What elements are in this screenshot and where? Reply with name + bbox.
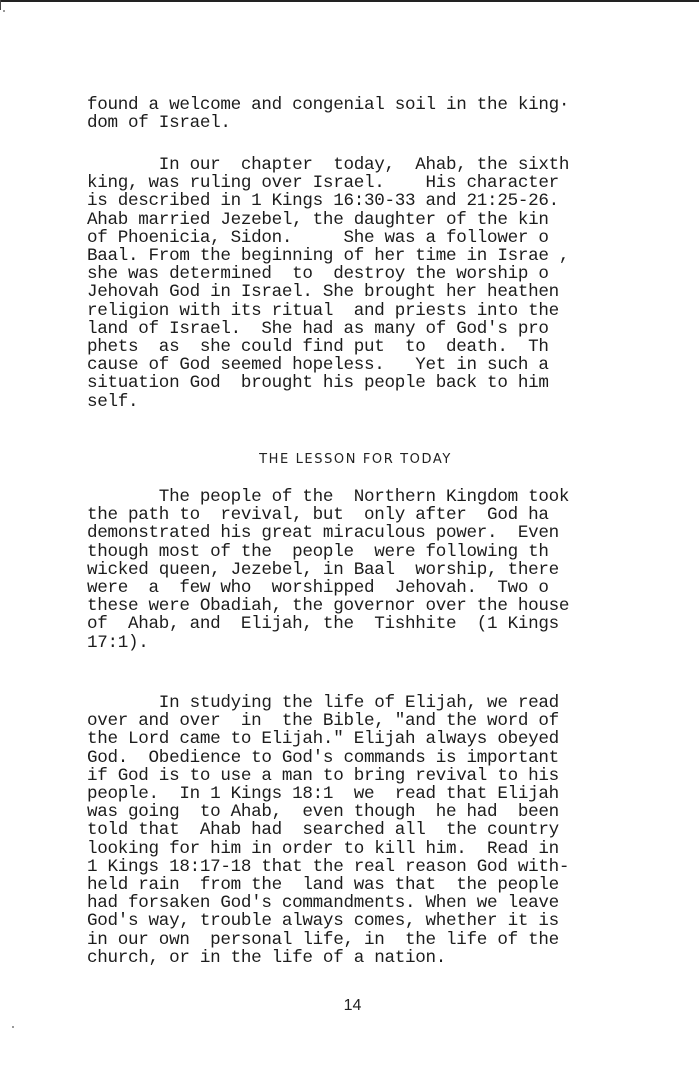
text-line: she was determined to destroy the worshi… — [87, 265, 549, 283]
text-line: church, or in the life of a nation. — [87, 949, 446, 967]
text-line: the path to revival, but only after God … — [87, 506, 549, 524]
text-line: held rain from the land was that the peo… — [87, 876, 559, 894]
text-line: God's way, trouble always comes, whether… — [87, 912, 559, 930]
text-line: told that Ahab had searched all the coun… — [87, 821, 559, 839]
text-line: cause of God seemed hopeless. Yet in suc… — [87, 356, 549, 374]
text-line: the Lord came to Elijah." Elijah always … — [87, 730, 559, 748]
text-line: people. In 1 Kings 18:1 we read that Eli… — [87, 785, 559, 803]
text-line: found a welcome and congenial soil in th… — [87, 96, 569, 114]
corner-mark — [0, 0, 4, 10]
text-line: dom of Israel. — [87, 114, 231, 132]
text-line: if God is to use a man to bring revival … — [87, 767, 559, 785]
text-line: though most of the people were following… — [87, 543, 549, 561]
text-line: of Ahab, and Elijah, the Tishhite (1 Kin… — [87, 615, 559, 633]
text-line: looking for him in order to kill him. Re… — [87, 840, 559, 858]
text-line: was going to Ahab, even though he had be… — [87, 803, 559, 821]
text-line: had forsaken God's commandments. When we… — [87, 894, 559, 912]
text-line: land of Israel. She had as many of God's… — [87, 320, 549, 338]
text-line: over and over in the Bible, "and the wor… — [87, 712, 559, 730]
text-line: these were Obadiah, the governor over th… — [87, 597, 569, 615]
text-line: The people of the Northern Kingdom took — [87, 488, 569, 506]
section-heading: THE LESSON FOR TODAY — [0, 452, 699, 467]
text-line: self. — [87, 393, 138, 411]
text-line: Jehovah God in Israel. She brought her h… — [87, 283, 559, 301]
text-line: situation God brought his people back to… — [87, 374, 549, 392]
text-line: in our own personal life, in the life of… — [87, 931, 559, 949]
text-line: of Phoenicia, Sidon. She was a follower … — [87, 229, 549, 247]
text-line: 1 Kings 18:17-18 that the real reason Go… — [87, 858, 569, 876]
text-line: is described in 1 Kings 16:30-33 and 21:… — [87, 192, 559, 210]
page-number: 14 — [0, 997, 699, 1015]
scanned-page: found a welcome and congenial soil in th… — [0, 0, 699, 1088]
top-border-rule — [0, 0, 699, 2]
scan-speck — [12, 1026, 14, 1028]
text-line: Baal. From the beginning of her time in … — [87, 247, 569, 265]
text-line: God. Obedience to God's commands is impo… — [87, 749, 559, 767]
text-line: phets as she could find put to death. Th — [87, 338, 549, 356]
text-line: In studying the life of Elijah, we read — [87, 694, 559, 712]
scan-speck — [3, 10, 5, 12]
text-line: wicked queen, Jezebel, in Baal worship, … — [87, 561, 559, 579]
text-line: Ahab married Jezebel, the daughter of th… — [87, 211, 549, 229]
text-line: In our chapter today, Ahab, the sixth — [87, 156, 569, 174]
text-line: religion with its ritual and priests int… — [87, 302, 559, 320]
text-line: 17:1). — [87, 634, 149, 652]
text-line: demonstrated his great miraculous power.… — [87, 524, 559, 542]
text-line: were a few who worshipped Jehovah. Two o — [87, 579, 549, 597]
text-line: king, was ruling over Israel. His charac… — [87, 174, 559, 192]
